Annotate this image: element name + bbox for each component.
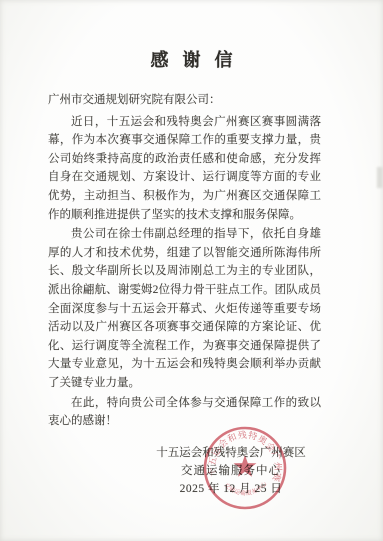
- signature-date: 2025 年 12 月 25 日: [140, 480, 322, 498]
- scan-artifact: [377, 167, 383, 188]
- paragraph-2: 贵公司在徐士伟副总经理的指导下，依托自身雄厚的人才和技术优势，组建了以智能交通所…: [48, 225, 321, 392]
- signature-org-line2: 交通运输服务中心: [140, 462, 322, 480]
- letter-body: 广州市交通规划研究院有限公司： 近日，十五运会和残特奥会广州赛区赛事圆满落幕，作…: [48, 91, 321, 432]
- signature-block: 十五运会和残特奥会广州赛区 交通运输服务中心 2025 年 12 月 25 日: [140, 444, 322, 498]
- paragraph-1: 近日，十五运会和残特奥会广州赛区赛事圆满落幕，作为本次赛事交通保障工作的重要支撑…: [48, 113, 321, 225]
- signature-org-line1: 十五运会和残特奥会广州赛区: [140, 444, 322, 462]
- letter-title: 感谢信: [0, 46, 383, 72]
- paragraph-3: 在此，特向贵公司全体参与交通保障工作的致以衷心的感谢！: [48, 394, 321, 431]
- recipient-line: 广州市交通规划研究院有限公司：: [48, 91, 321, 110]
